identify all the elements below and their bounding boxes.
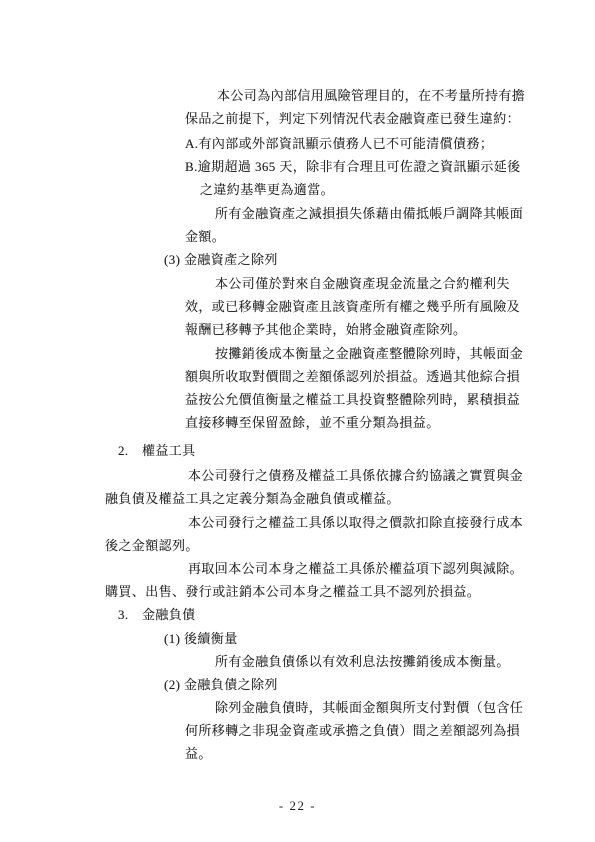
liability-derecognition-paragraph-line: 何所移轉之非現金資產或承擔之負債）間之差額認列為損 [185,723,520,739]
subsequent-measurement-paragraph-line: 所有金融負債係以有效利息法按攤銷後成本衡量。 [215,654,510,670]
page-number: - 22 - [0,798,595,814]
section-3-heading: 3. 金融負債 [118,607,196,623]
default-indicator-item-b-continuation: 之違約基準更為適當。 [200,182,334,198]
allowance-paragraph-line: 所有金融資產之減損損失係藉由備抵帳戶調降其帳面 [215,206,523,222]
impairment-default-paragraph-line: 本公司為內部信用風險管理目的，在不考量所持有擔 [217,88,525,104]
document-page: 本公司為內部信用風險管理目的，在不考量所持有擔 保品之前提下，判定下列情況代表金… [0,0,595,842]
subsection-1-heading: (1) 後續衡量 [164,631,238,647]
default-indicator-item-a: A.有內部或外部資訊顯示債務人已不可能清償債務； [185,136,493,152]
derecognition-paragraph-line: 本公司僅於對來自金融資產現金流量之合約權利失 [215,276,510,292]
subsection-3-heading: (3) 金融資產之除列 [164,252,278,268]
treasury-shares-paragraph-line: 再取回本公司本身之權益工具係於權益項下認列與減除。 [188,561,523,577]
equity-classification-paragraph-line: 融負債及權益工具之定義分類為金融負債或權益。 [105,491,400,507]
equity-issuance-paragraph-line: 後之金額認列。 [105,538,199,554]
subsection-2-heading: (2) 金融負債之除列 [164,677,278,693]
default-indicator-item-b: B.逾期超過 365 天，除非有合理且可佐證之資訊顯示延後 [185,159,521,175]
derecognition-gainloss-paragraph-line: 按攤銷後成本衡量之金融資產整體除列時，其帳面金 [215,346,523,362]
liability-derecognition-paragraph-line: 除列金融負債時，其帳面金額與所支付對價（包含任 [215,700,523,716]
section-2-heading: 2. 權益工具 [118,443,196,459]
derecognition-paragraph-line: 報酬已移轉予其他企業時，始將金融資產除列。 [185,322,466,338]
treasury-shares-paragraph-line: 購買、出售、發行或註銷本公司本身之權益工具不認列於損益。 [105,584,480,600]
equity-issuance-paragraph-line: 本公司發行之權益工具係以取得之價款扣除直接發行成本 [188,515,523,531]
liability-derecognition-paragraph-line: 益。 [185,746,212,762]
derecognition-paragraph-line: 效，或已移轉金融資產且該資產所有權之幾乎所有風險及 [185,299,520,315]
impairment-default-paragraph-line: 保品之前提下，判定下列情況代表金融資產已發生違約： [185,111,520,127]
equity-classification-paragraph-line: 本公司發行之債務及權益工具係依據合約協議之實質與金 [188,468,523,484]
derecognition-gainloss-paragraph-line: 額與所收取對價間之差額係認列於損益。透過其他綜合損 [185,369,520,385]
derecognition-gainloss-paragraph-line: 益按公允價值衡量之權益工具投資整體除列時，累積損益 [185,392,520,408]
allowance-paragraph-line: 金額。 [185,229,225,245]
derecognition-gainloss-paragraph-line: 直接移轉至保留盈餘，並不重分類為損益。 [185,415,440,431]
